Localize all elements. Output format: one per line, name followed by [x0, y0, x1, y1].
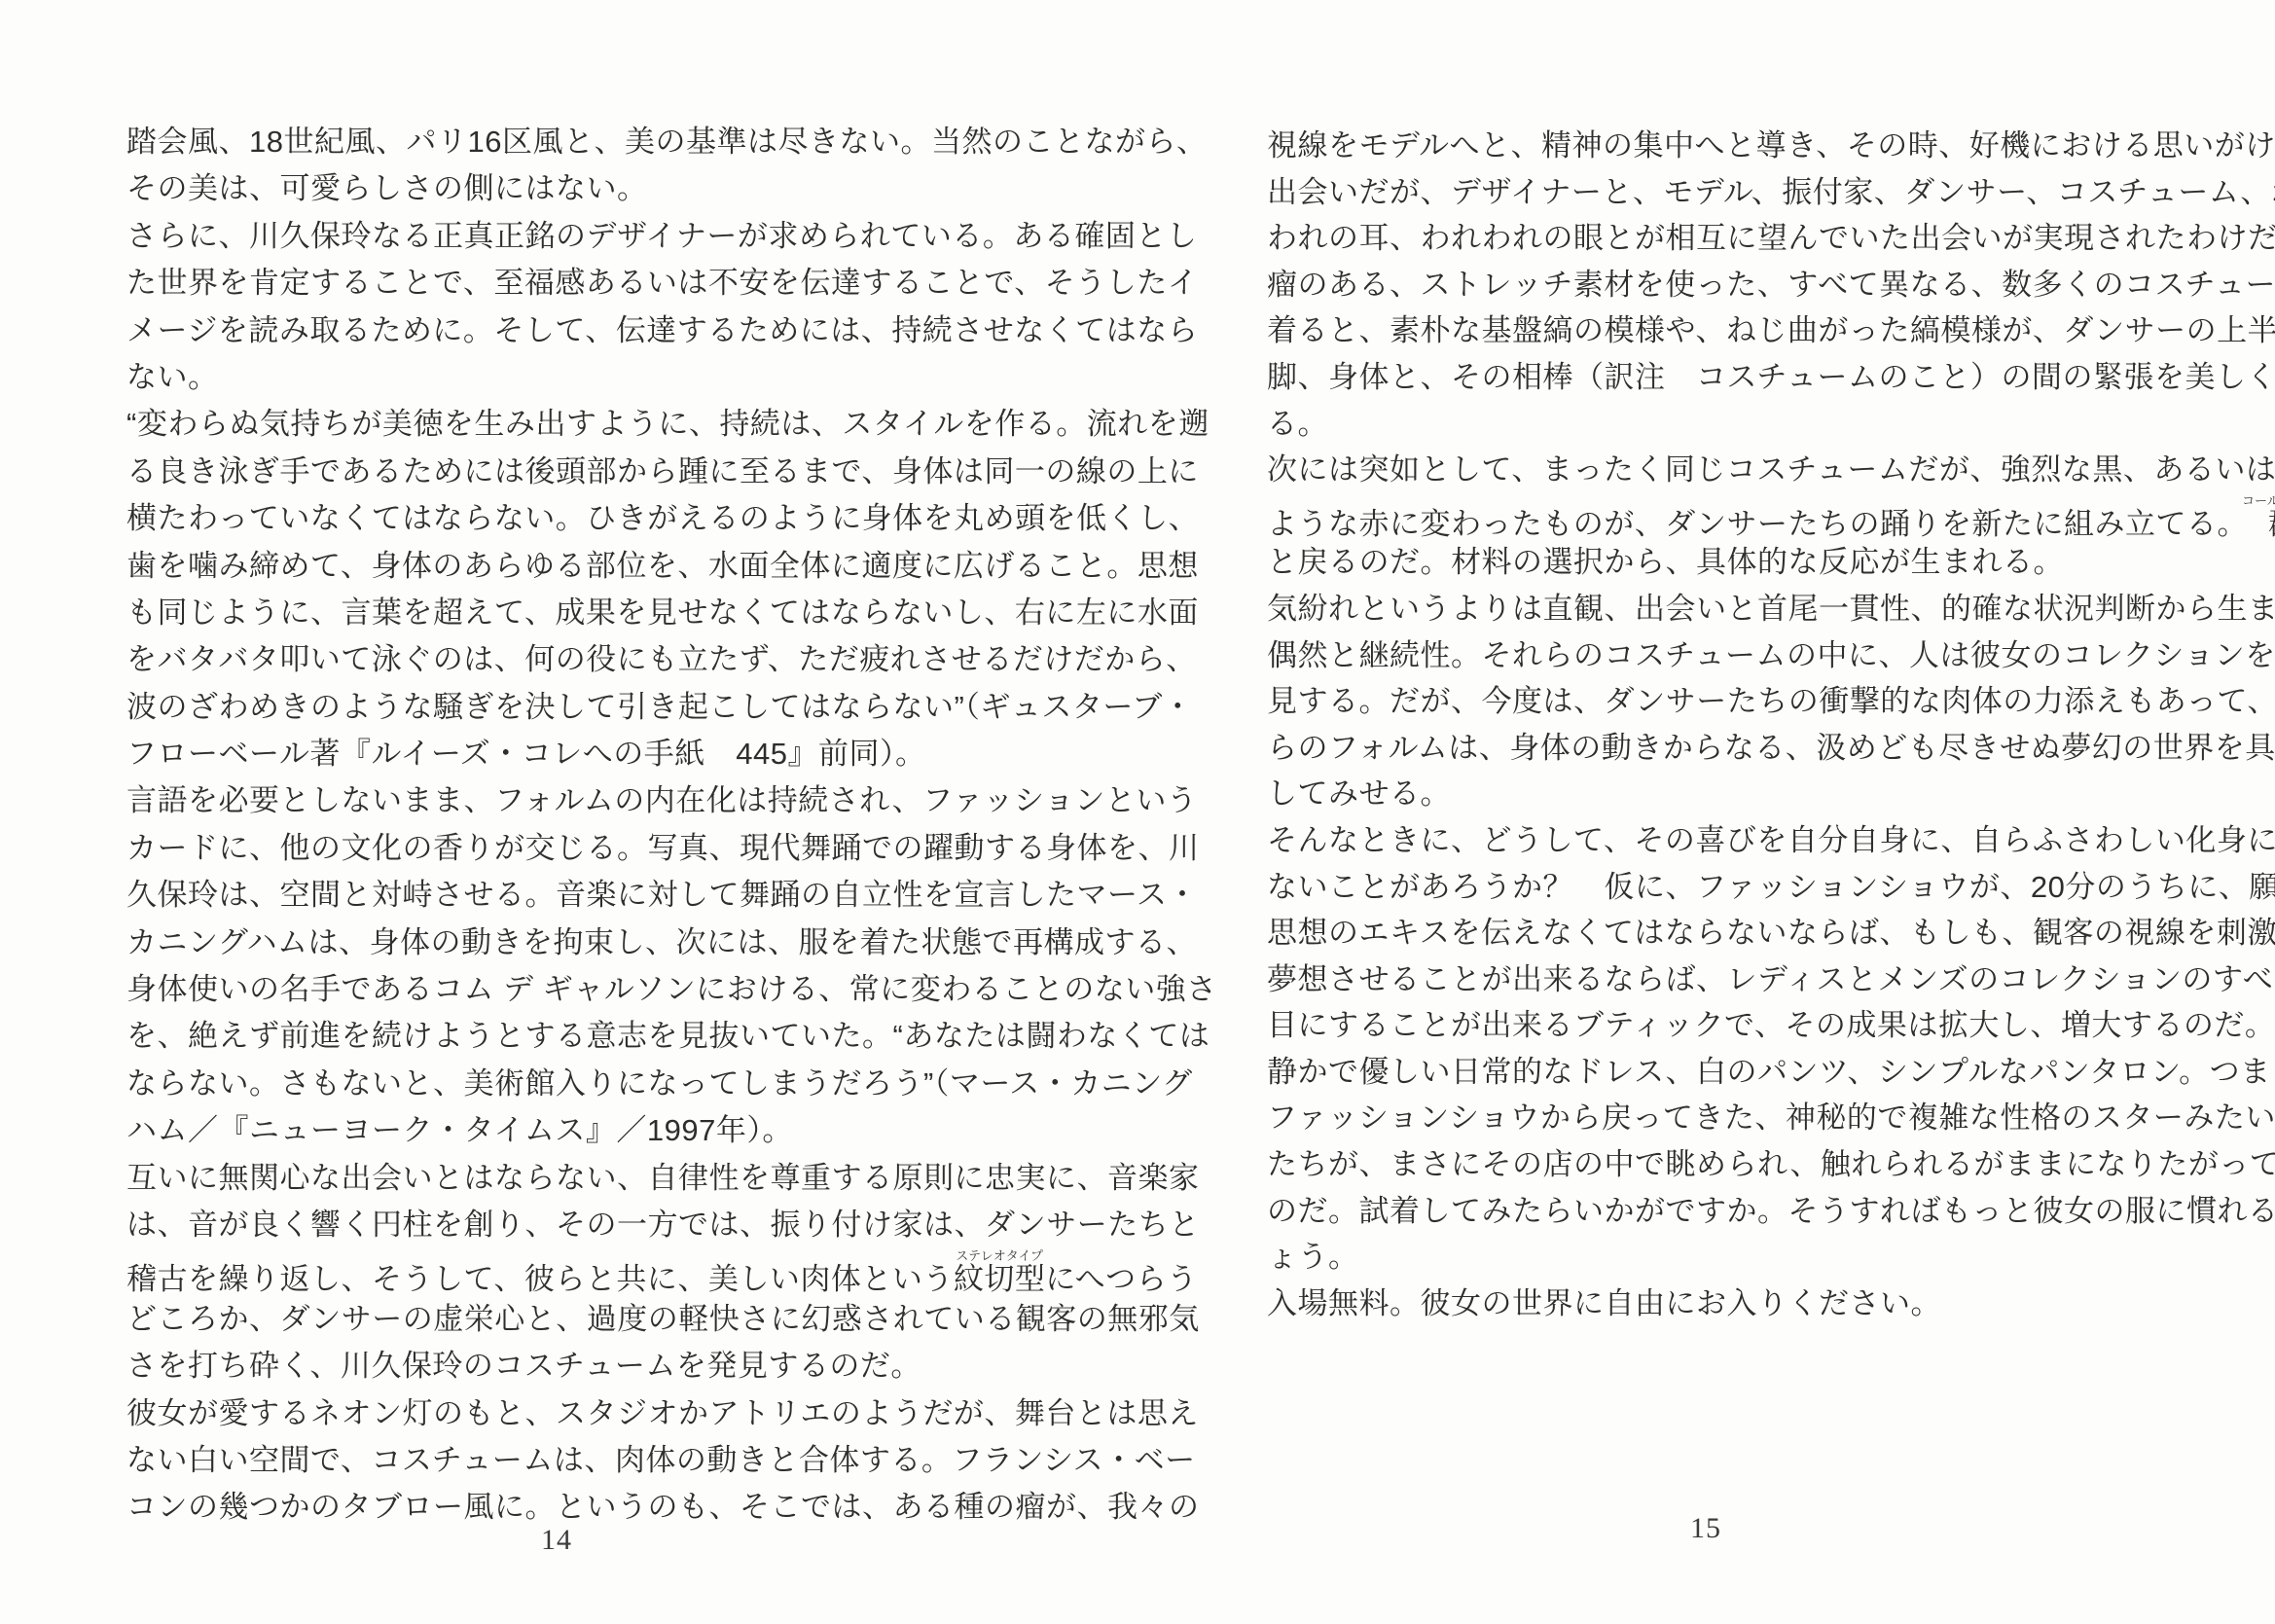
- text-line: を、絶えず前進を続けようとする意志を見抜いていた。“あなたは闘わなくては: [126, 1013, 1085, 1060]
- ruby-text: ステレオタイプ: [954, 1248, 1046, 1263]
- text-line: ない白い空間で、コスチュームは、肉体の動きと合体する。フランシス・ベー: [126, 1437, 1085, 1484]
- text-line: ファッションショウから戻ってきた、神秘的で複雑な性格のスターみたいな服: [1267, 1095, 2216, 1141]
- text-line: 脚、身体と、その相棒（訳注 コスチュームのこと）の間の緊張を美しく高め: [1267, 354, 2216, 401]
- text-line: 歯を噛み締めて、身体のあらゆる部位を、水面全体に適度に広げること。思想: [126, 543, 1085, 590]
- ruby-annotation: 群舞コール・ド・バレエ: [2248, 507, 2275, 541]
- text-line: 視線をモデルへと、精神の集中へと導き、その時、好機における思いがけない: [1267, 123, 2216, 169]
- text-line: る。: [1267, 401, 2216, 448]
- text-line: コンの幾つかのタブロー風に。というのも、そこでは、ある種の瘤が、我々の: [126, 1484, 1085, 1531]
- text-line: は、音が良く響く円柱を創り、その一方では、振り付け家は、ダンサーたちと: [126, 1202, 1085, 1248]
- text-line: た世界を肯定することで、至福感あるいは不安を伝達することで、そうしたイ: [126, 260, 1085, 307]
- text-line: ハム／『ニューヨーク・タイムス』／1997年）。: [126, 1107, 1085, 1154]
- text-line: してみせる。: [1267, 771, 2216, 817]
- text-line: 静かで優しい日常的なドレス、白のパンツ、シンプルなパンタロン。つまりは、: [1267, 1049, 2216, 1096]
- text-line: 夢想させることが出来るならば、レディスとメンズのコレクションのすべてを: [1267, 956, 2216, 1003]
- text-line: 互いに無関心な出会いとはならない、自律性を尊重する原則に忠実に、音楽家: [126, 1155, 1085, 1202]
- text-line: 気紛れというよりは直観、出会いと首尾一貫性、的確な状況判断から生まれた: [1267, 586, 2216, 632]
- text-line: 波のざわめきのような騒ぎを決して引き起こしてはならない”（ギュスターブ・: [126, 684, 1085, 731]
- text-line: 着ると、素朴な基盤縞の模様や、ねじ曲がった縞模様が、ダンサーの上半身と: [1267, 307, 2216, 354]
- text-line: 久保玲は、空間と対峙させる。音楽に対して舞踊の自立性を宣言したマース・: [126, 872, 1085, 919]
- page-number-right: 15: [1690, 1512, 1721, 1545]
- text-line: ならない。さもないと、美術館入りになってしまうだろう”（マース・カニング: [126, 1061, 1085, 1107]
- text-line: 踏会風、18世紀風、パリ16区風と、美の基準は尽きない。当然のことながら、: [126, 119, 1085, 165]
- text-line: 思想のエキスを伝えなくてはならないならば、もしも、観客の視線を刺激し、: [1267, 910, 2216, 956]
- text-line: 出会いだが、デザイナーと、モデル、振付家、ダンサー、コスチューム、われ: [1267, 169, 2216, 216]
- text-line: 偶然と継続性。それらのコスチュームの中に、人は彼女のコレクションを再発: [1267, 632, 2216, 679]
- text-line: 見する。だが、今度は、ダンサーたちの衝撃的な肉体の力添えもあって、それ: [1267, 678, 2216, 725]
- text-line: る良き泳ぎ手であるためには後頭部から踵に至るまで、身体は同一の線の上に: [126, 449, 1085, 495]
- text-line: その美は、可愛らしさの側にはない。: [126, 165, 1085, 212]
- text-line: らのフォルムは、身体の動きからなる、汲めども尽きせぬ夢幻の世界を具体化: [1267, 725, 2216, 772]
- text-line: 瘤のある、ストレッチ素材を使った、すべて異なる、数多くのコスチュームを: [1267, 262, 2216, 308]
- text-line: 彼女が愛するネオン灯のもと、スタジオかアトリエのようだが、舞台とは思え: [126, 1390, 1085, 1437]
- text-line: 次には突如として、まったく同じコスチュームだが、強烈な黒、あるいは朱の: [1267, 447, 2216, 493]
- text-line: も同じように、言葉を超えて、成果を見せなくてはならないし、右に左に水面: [126, 590, 1085, 636]
- text-line: カードに、他の文化の香りが交じる。写真、現代舞踊での躍動する身体を、川: [126, 825, 1085, 872]
- text-line: たちが、まさにその店の中で眺められ、触れられるがままになりたがっている: [1267, 1141, 2216, 1188]
- text-line-with-ruby: ような赤に変わったものが、ダンサーたちの踊りを新たに組み立てる。群舞コール・ド・…: [1267, 493, 2216, 540]
- page-14: 踏会風、18世紀風、パリ16区風と、美の基準は尽きない。当然のことながら、 その…: [0, 0, 1137, 1624]
- ruby-pre-text: 稽古を繰り返し、そうして、彼らと共に、美しい肉体という: [126, 1262, 954, 1296]
- ruby-base: 群舞: [2242, 507, 2275, 541]
- ruby-annotation: 紋切型ステレオタイプ: [954, 1262, 1046, 1296]
- text-line: カニングハムは、身体の動きを拘束し、次には、服を着た状態で再構成する、: [126, 920, 1085, 966]
- text-line: 身体使いの名手であるコム デ ギャルソンにおける、常に変わることのない強さ: [126, 966, 1085, 1013]
- text-line: “変わらぬ気持ちが美徳を生み出すように、持続は、スタイルを作る。流れを遡: [126, 401, 1085, 448]
- text-line: メージを読み取るために。そして、伝達するためには、持続させなくてはなら: [126, 307, 1085, 354]
- ruby-text: コール・ド・バレエ: [2242, 493, 2275, 508]
- text-line: 目にすることが出来るブティックで、その成果は拡大し、増大するのだ。もの: [1267, 1002, 2216, 1049]
- page-15: 視線をモデルへと、精神の集中へと導き、その時、好機における思いがけない 出会いだ…: [1137, 0, 2275, 1624]
- text-line: のだ。試着してみたらいかがですか。そうすればもっと彼女の服に慣れるでし: [1267, 1188, 2216, 1235]
- text-line: さらに、川久保玲なる正真正銘のデザイナーが求められている。ある確固とし: [126, 213, 1085, 260]
- text-line: ょう。: [1267, 1234, 2216, 1281]
- text-line: 入場無料。彼女の世界に自由にお入りください。: [1267, 1281, 2216, 1327]
- text-line: 横たわっていなくてはならない。ひきがえるのように身体を丸め頭を低くし、: [126, 495, 1085, 542]
- text-line-with-ruby: 稽古を繰り返し、そうして、彼らと共に、美しい肉体という紋切型ステレオタイプにへつ…: [126, 1248, 1085, 1295]
- ruby-pre-text: ような赤に変わったものが、ダンサーたちの踊りを新たに組み立てる。: [1267, 507, 2248, 541]
- text-line: フローベール著『ルイーズ・コレへの手紙 445』前同）。: [126, 731, 1085, 777]
- page-number-left: 14: [541, 1524, 572, 1557]
- text-line: 言語を必要としないまま、フォルムの内在化は持続され、ファッションという: [126, 777, 1085, 824]
- text-line: どころか、ダンサーの虚栄心と、過度の軽快さに幻惑されている観客の無邪気: [126, 1296, 1085, 1343]
- text-line: そんなときに、どうして、その喜びを自分自身に、自らふさわしい化身に向け: [1267, 817, 2216, 864]
- text-line: さを打ち砕く、川久保玲のコスチュームを発見するのだ。: [126, 1343, 1085, 1389]
- text-line: ない。: [126, 354, 1085, 401]
- page-14-text: 踏会風、18世紀風、パリ16区風と、美の基準は尽きない。当然のことながら、 その…: [126, 119, 1085, 1532]
- text-line: をバタバタ叩いて泳ぐのは、何の役にも立たず、ただ疲れさせるだけだから、: [126, 636, 1085, 683]
- ruby-base: 紋切型: [954, 1262, 1046, 1296]
- page-15-text: 視線をモデルへと、精神の集中へと導き、その時、好機における思いがけない 出会いだ…: [1267, 123, 2216, 1326]
- text-line: ないことがあろうか？ 仮に、ファッションショウが、20分のうちに、願望と: [1267, 864, 2216, 911]
- text-line: われの耳、われわれの眼とが相互に望んでいた出会いが実現されたわけだから。: [1267, 215, 2216, 262]
